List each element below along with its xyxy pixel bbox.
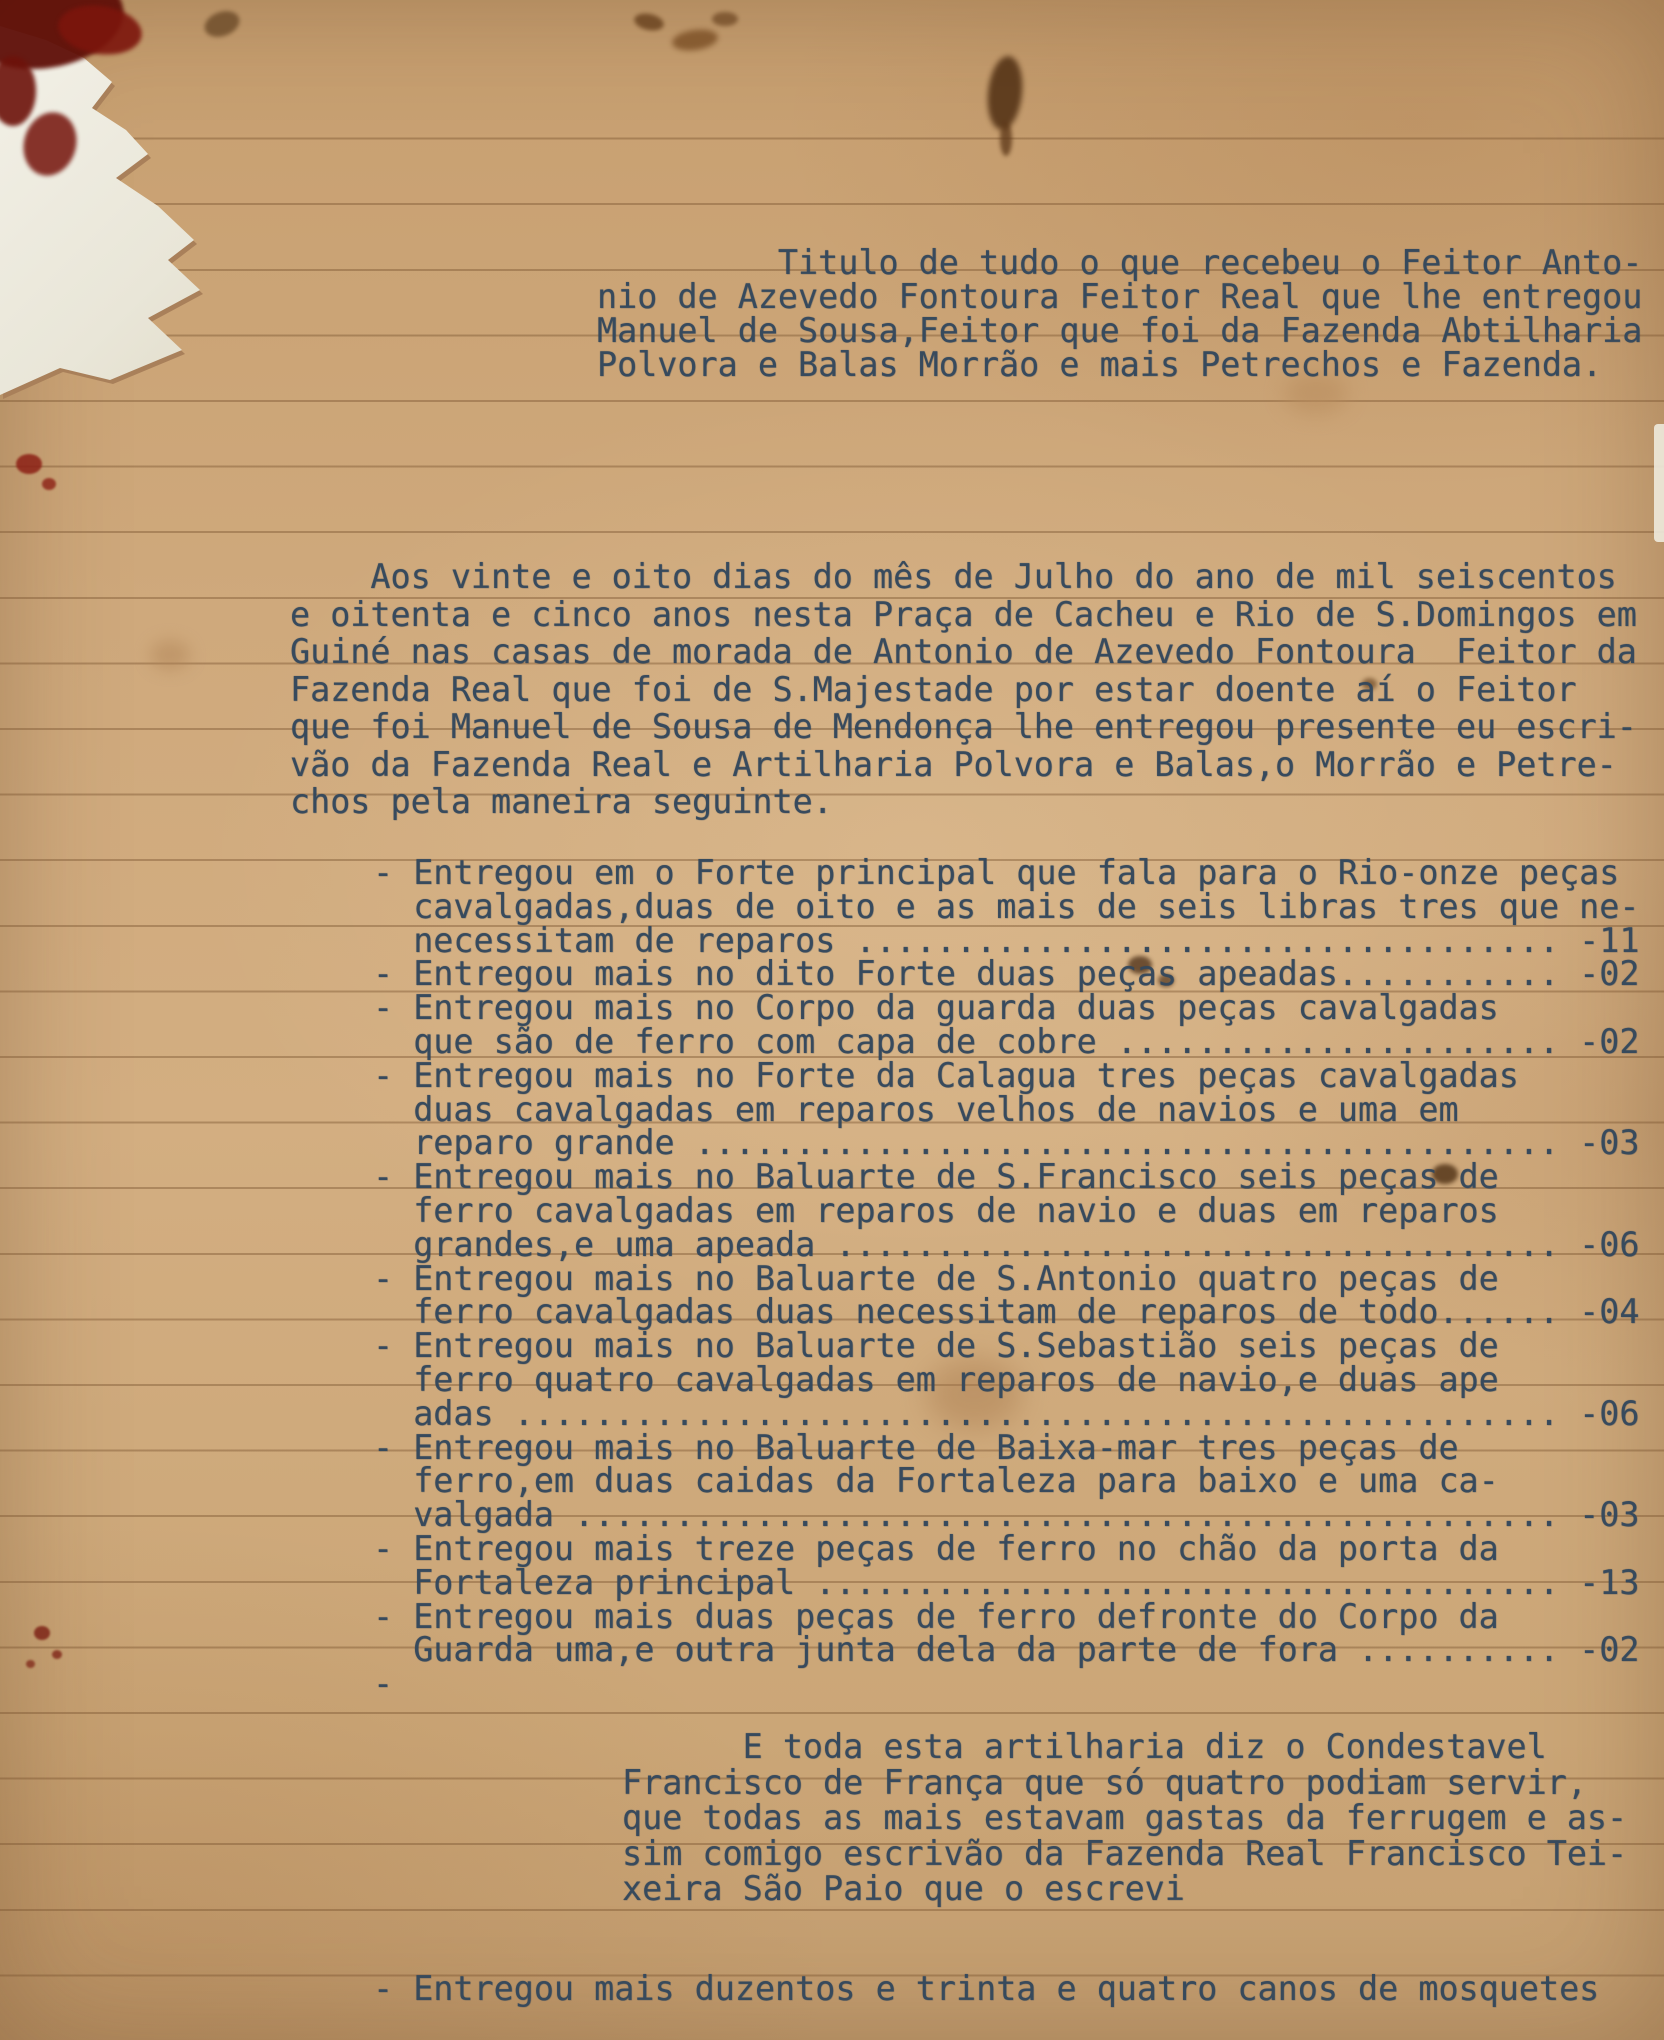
scanned-document-page: Titulo de tudo o que recebeu o Feitor An… [0,0,1664,2040]
red-stain [52,1650,62,1659]
title-block: Titulo de tudo o que recebeu o Feitor An… [597,246,1642,382]
red-stain [16,454,42,474]
stain [712,12,738,26]
intro-paragraph: Aos vinte e oito dias do mês de Julho do… [290,558,1637,821]
right-edge-sliver [1654,424,1664,542]
red-stain [34,1626,50,1640]
stain [671,27,719,53]
inventory-list: - Entregou em o Forte principal que fala… [373,856,1639,1701]
red-stain [42,478,56,490]
stain [201,7,243,42]
stain [984,54,1026,131]
footer-line: - Entregou mais duzentos e trinta e quat… [373,1972,1599,2006]
stain [1000,122,1012,156]
closing-paragraph: E toda esta artilharia diz o Condestavel… [622,1729,1627,1907]
stain [150,640,190,670]
stain [633,11,666,33]
torn-corner [0,0,214,404]
red-stain [26,1660,35,1668]
